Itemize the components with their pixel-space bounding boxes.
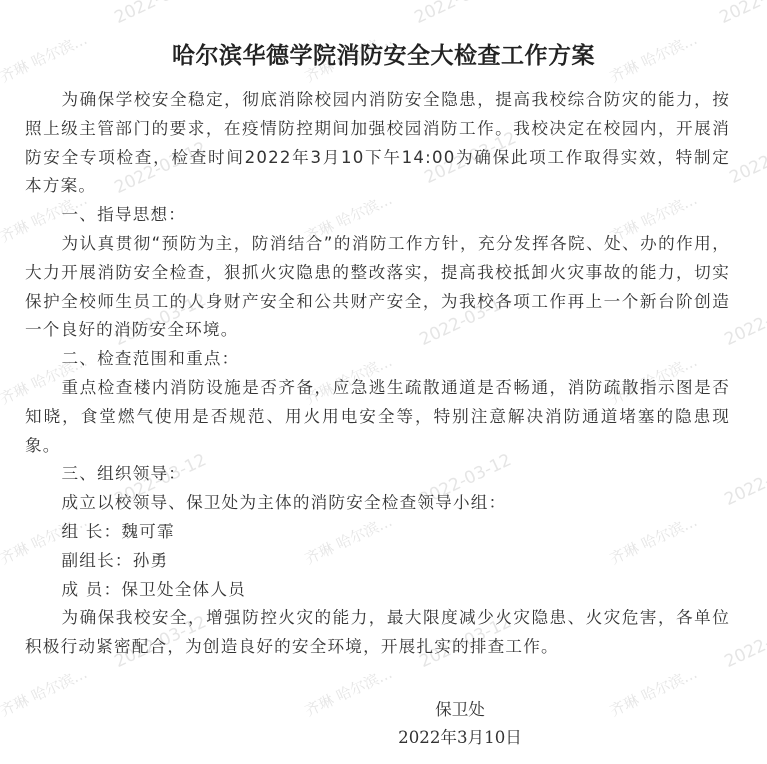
members-line: 成 员：保卫处全体人员 <box>25 576 730 605</box>
watermark-date: 2022-03-12 <box>112 0 210 28</box>
watermark-date: 2022-03-12 <box>717 0 767 28</box>
section-heading-organization: 三、组织领导： <box>25 460 730 489</box>
watermark-date: 2022-03-12 <box>727 128 767 188</box>
document-body: 为确保学校安全稳定，彻底消除校园内消防安全隐患，提高我校综合防灾的能力，按照上级… <box>25 86 730 662</box>
section-heading-scope: 二、检查范围和重点： <box>25 345 730 374</box>
signature-date: 2022年3月10日 <box>360 724 560 752</box>
watermark-user: 齐琳 哈尔滨... <box>606 662 700 721</box>
paragraph-organization: 成立以校领导、保卫处为主体的消防安全检查领导小组： <box>25 489 730 518</box>
paragraph-scope: 重点检查楼内消防设施是否齐备，应急逃生疏散通道是否畅通，消防疏散指示图是否知晓，… <box>25 374 730 460</box>
signature-block: 保卫处 2022年3月10日 <box>360 696 560 752</box>
deputy-leader-line: 副组长：孙勇 <box>25 547 730 576</box>
watermark-user: 齐琳 哈尔滨... <box>0 662 90 721</box>
paragraph-closing: 为确保我校安全，增强防控火灾的能力，最大限度减少火灾隐患、火灾危害，各单位积极行… <box>25 604 730 662</box>
section-heading-guiding-ideology: 一、指导思想： <box>25 201 730 230</box>
document-page: 2022-03-12 2022-03-12 2022-03-12 齐琳 哈尔滨.… <box>0 0 767 764</box>
watermark-date: 2022-03-12 <box>412 0 510 28</box>
paragraph-guiding-ideology: 为认真贯彻“预防为主，防消结合”的消防工作方针，充分发挥各院、处、办的作用，大力… <box>25 230 730 345</box>
paragraph-intro: 为确保学校安全稳定，彻底消除校园内消防安全隐患，提高我校综合防灾的能力，按照上级… <box>25 86 730 201</box>
signature-department: 保卫处 <box>360 696 560 724</box>
document-title: 哈尔滨华德学院消防安全大检查工作方案 <box>0 39 767 73</box>
leader-line: 组 长：魏可霏 <box>25 518 730 547</box>
